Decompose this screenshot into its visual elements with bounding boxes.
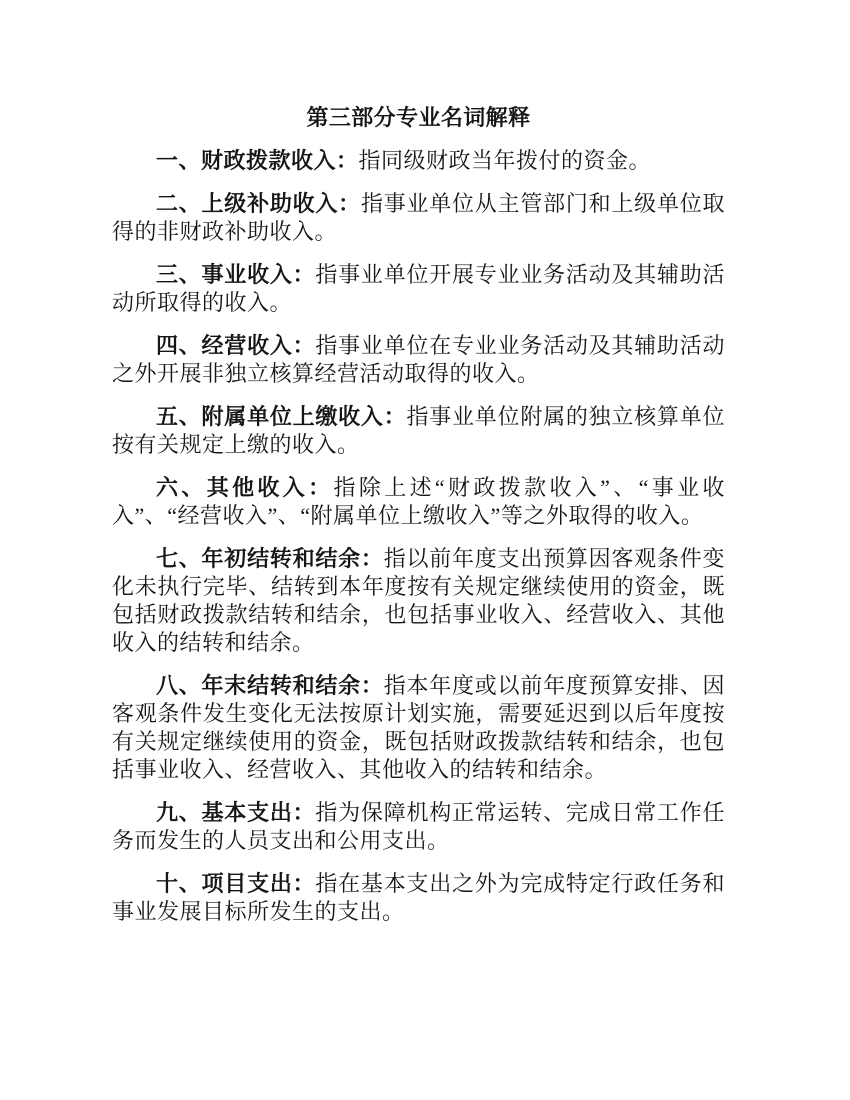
term-label: 九、基本支出： (156, 800, 315, 825)
term-definition: 指同级财政当年拨付的资金。 (359, 148, 652, 173)
term-paragraph: 三、事业收入：指事业单位开展专业业务活动及其辅助活动所取得的收入。 (112, 261, 725, 317)
term-paragraph: 十、项目支出：指在基本支出之外为完成特定行政任务和事业发展目标所发生的支出。 (112, 870, 725, 926)
term-paragraph: 四、经营收入：指事业单位在专业业务活动及其辅助活动之外开展非独立核算经营活动取得… (112, 332, 725, 388)
term-label: 二、上级补助收入： (156, 191, 361, 216)
term-paragraph: 六、其他收入：指除上述“财政拨款收入”、“事业收入”、“经营收入”、“附属单位上… (112, 474, 725, 530)
document-page: 第三部分专业名词解释 一、财政拨款收入：指同级财政当年拨付的资金。 二、上级补助… (0, 0, 850, 1100)
term-paragraph: 八、年末结转和结余：指本年度或以前年度预算安排、因客观条件发生变化无法按原计划实… (112, 672, 725, 784)
term-label: 四、经营收入： (156, 333, 315, 358)
term-label: 一、财政拨款收入： (156, 148, 359, 173)
term-paragraph: 二、上级补助收入：指事业单位从主管部门和上级单位取得的非财政补助收入。 (112, 190, 725, 246)
term-label: 六、其他收入： (156, 475, 334, 500)
term-paragraph: 七、年初结转和结余：指以前年度支出预算因客观条件变化未执行完毕、结转到本年度按有… (112, 545, 725, 657)
document-title: 第三部分专业名词解释 (112, 104, 725, 132)
term-paragraph: 五、附属单位上缴收入：指事业单位附属的独立核算单位按有关规定上缴的收入。 (112, 403, 725, 459)
term-label: 八、年末结转和结余： (156, 673, 384, 698)
document-body: 第三部分专业名词解释 一、财政拨款收入：指同级财政当年拨付的资金。 二、上级补助… (112, 104, 725, 926)
term-label: 三、事业收入： (156, 262, 315, 287)
term-label: 七、年初结转和结余： (156, 546, 384, 571)
term-paragraph: 一、财政拨款收入：指同级财政当年拨付的资金。 (112, 147, 725, 175)
term-label: 十、项目支出： (156, 871, 315, 896)
term-label: 五、附属单位上缴收入： (156, 404, 406, 429)
term-paragraph: 九、基本支出：指为保障机构正常运转、完成日常工作任务而发生的人员支出和公用支出。 (112, 799, 725, 855)
